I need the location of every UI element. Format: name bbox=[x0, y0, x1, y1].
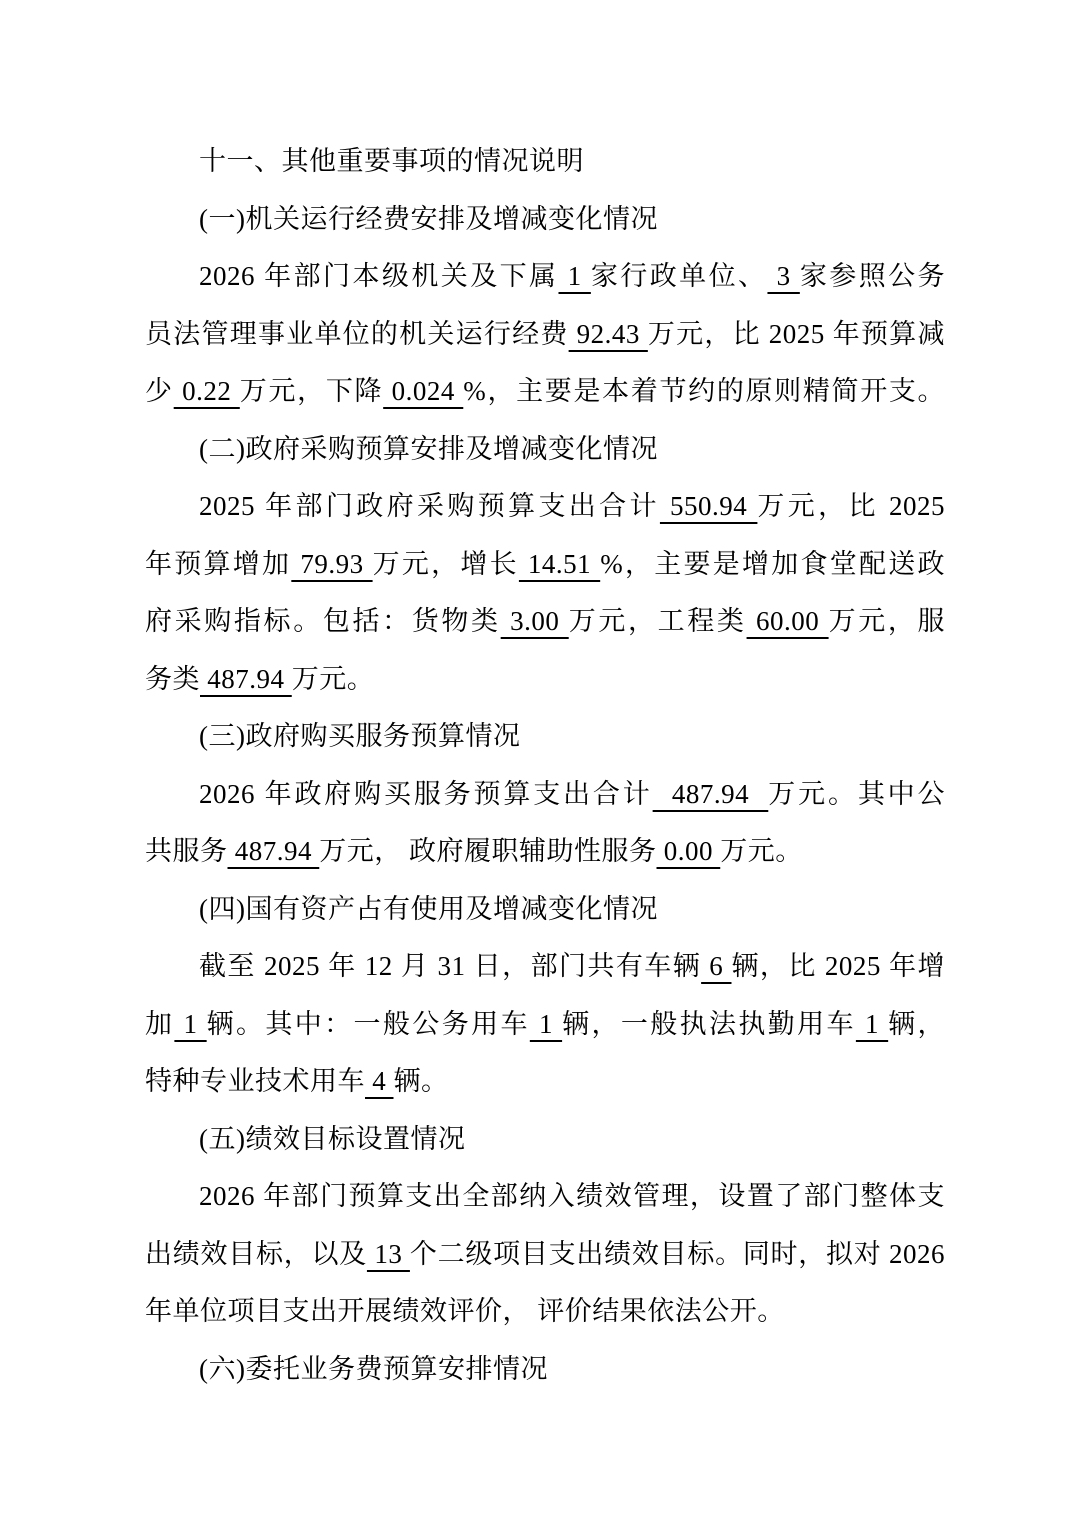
text-run: (四)国有资产占有使用及增减变化情况 bbox=[199, 894, 658, 924]
section-heading-line: (一)机关运行经费安排及增减变化情况 bbox=[145, 191, 945, 249]
text-run: 年预算增加 bbox=[145, 549, 291, 579]
section-heading-line: (二)政府采购预算安排及增减变化情况 bbox=[145, 421, 945, 479]
paragraph-line: 年单位项目支出开展绩效评价， 评价结果依法公开。 bbox=[145, 1283, 945, 1341]
text-run: 万元，比 2025 年预算减 bbox=[648, 319, 945, 349]
text-run: 辆。 bbox=[394, 1066, 449, 1096]
paragraph-line: 2026 年部门本级机关及下属 1 家行政单位、 3 家参照公务 bbox=[145, 248, 945, 306]
text-run: 少 bbox=[145, 376, 174, 406]
paragraph-line: 务类 487.94 万元。 bbox=[145, 651, 945, 709]
paragraph-line: 2025 年部门政府采购预算支出合计 550.94 万元，比 2025 bbox=[145, 478, 945, 536]
text-run: (三)政府购买服务预算情况 bbox=[199, 721, 520, 751]
underlined-value: 13 bbox=[367, 1239, 410, 1269]
text-run: 万元，下降 bbox=[240, 376, 383, 406]
text-run: 出绩效目标，以及 bbox=[145, 1239, 367, 1269]
underlined-value: 1 bbox=[558, 261, 590, 291]
underlined-value: 3 bbox=[767, 261, 799, 291]
paragraph-line: 2026 年政府购买服务预算支出合计 487.94 万元。其中公 bbox=[145, 766, 945, 824]
text-run: 万元，工程类 bbox=[569, 606, 747, 636]
section-heading-line: (五)绩效目标设置情况 bbox=[145, 1111, 945, 1169]
text-run: (五)绩效目标设置情况 bbox=[199, 1124, 465, 1154]
section-heading-line: 十一、其他重要事项的情况说明 bbox=[145, 133, 945, 191]
text-run: %，主要是增加食堂配送政 bbox=[600, 549, 945, 579]
section-heading-line: (六)委托业务费预算安排情况 bbox=[145, 1341, 945, 1399]
paragraph-line: 年预算增加 79.93 万元，增长 14.51 %，主要是增加食堂配送政 bbox=[145, 536, 945, 594]
text-run: 府采购指标。包括：货物类 bbox=[145, 606, 501, 636]
text-run: 万元， 政府履职辅助性服务 bbox=[319, 836, 656, 866]
text-run: 辆，比 2025 年增 bbox=[731, 951, 945, 981]
text-run: (一)机关运行经费安排及增减变化情况 bbox=[199, 204, 658, 234]
text-run: 年单位项目支出开展绩效评价， 评价结果依法公开。 bbox=[145, 1296, 785, 1326]
text-run: 万元，增长 bbox=[373, 549, 519, 579]
underlined-value: 92.43 bbox=[569, 319, 648, 349]
paragraph-line: 加 1 辆。其中：一般公务用车 1 辆，一般执法执勤用车 1 辆， bbox=[145, 996, 945, 1054]
text-run: 万元，比 2025 bbox=[757, 491, 945, 521]
underlined-value: 6 bbox=[701, 951, 731, 981]
text-run: 员法管理事业单位的机关运行经费 bbox=[145, 319, 569, 349]
text-run: 万元。 bbox=[292, 664, 375, 694]
underlined-value: 0.024 bbox=[383, 376, 463, 406]
text-block: 十一、其他重要事项的情况说明(一)机关运行经费安排及增减变化情况2026 年部门… bbox=[145, 133, 945, 1398]
underlined-value: 79.93 bbox=[291, 549, 372, 579]
underlined-value: 4 bbox=[365, 1066, 394, 1096]
text-run: (二)政府采购预算安排及增减变化情况 bbox=[199, 434, 658, 464]
text-run: 十一、其他重要事项的情况说明 bbox=[199, 146, 584, 176]
text-run: 万元。 bbox=[720, 836, 803, 866]
text-run: 家参照公务 bbox=[800, 261, 945, 291]
underlined-value: 487.94 bbox=[200, 664, 292, 694]
underlined-value: 3.00 bbox=[501, 606, 569, 636]
text-run: 加 bbox=[145, 1009, 174, 1039]
text-run: 2025 年部门政府采购预算支出合计 bbox=[199, 491, 660, 521]
text-run: 辆。其中：一般公务用车 bbox=[207, 1009, 530, 1039]
text-run: %，主要是本着节约的原则精简开支。 bbox=[463, 376, 945, 406]
text-run: 2026 年部门本级机关及下属 bbox=[199, 261, 558, 291]
text-run: 截至 2025 年 12 月 31 日，部门共有车辆 bbox=[199, 951, 701, 981]
paragraph-line: 共服务 487.94 万元， 政府履职辅助性服务 0.00 万元。 bbox=[145, 823, 945, 881]
text-run: 务类 bbox=[145, 664, 200, 694]
paragraph-line: 少 0.22 万元，下降 0.024 %，主要是本着节约的原则精简开支。 bbox=[145, 363, 945, 421]
text-run: 辆， bbox=[888, 1009, 945, 1039]
text-run: 特种专业技术用车 bbox=[145, 1066, 365, 1096]
underlined-value: 60.00 bbox=[747, 606, 829, 636]
underlined-value: 487.94 bbox=[653, 779, 769, 809]
text-run: 个二级项目支出绩效目标。同时，拟对 2026 bbox=[410, 1239, 945, 1269]
paragraph-line: 出绩效目标，以及 13 个二级项目支出绩效目标。同时，拟对 2026 bbox=[145, 1226, 945, 1284]
text-run: 辆，一般执法执勤用车 bbox=[562, 1009, 856, 1039]
underlined-value: 550.94 bbox=[660, 491, 758, 521]
underlined-value: 14.51 bbox=[519, 549, 600, 579]
paragraph-line: 截至 2025 年 12 月 31 日，部门共有车辆 6 辆，比 2025 年增 bbox=[145, 938, 945, 996]
underlined-value: 1 bbox=[174, 1009, 206, 1039]
text-run: (六)委托业务费预算安排情况 bbox=[199, 1354, 548, 1384]
text-run: 共服务 bbox=[145, 836, 228, 866]
underlined-value: 1 bbox=[856, 1009, 888, 1039]
text-run: 2026 年部门预算支出全部纳入绩效管理，设置了部门整体支 bbox=[199, 1181, 945, 1211]
underlined-value: 487.94 bbox=[228, 836, 320, 866]
underlined-value: 0.22 bbox=[174, 376, 240, 406]
section-heading-line: (三)政府购买服务预算情况 bbox=[145, 708, 945, 766]
paragraph-line: 特种专业技术用车 4 辆。 bbox=[145, 1053, 945, 1111]
paragraph-line: 员法管理事业单位的机关运行经费 92.43 万元，比 2025 年预算减 bbox=[145, 306, 945, 364]
paragraph-line: 府采购指标。包括：货物类 3.00 万元，工程类 60.00 万元，服 bbox=[145, 593, 945, 651]
underlined-value: 1 bbox=[530, 1009, 562, 1039]
paragraph-line: 2026 年部门预算支出全部纳入绩效管理，设置了部门整体支 bbox=[145, 1168, 945, 1226]
text-run: 万元。其中公 bbox=[768, 779, 945, 809]
text-run: 家行政单位、 bbox=[591, 261, 768, 291]
document-body: { "page": { "background": "#ffffff", "te… bbox=[0, 0, 1074, 1520]
text-run: 万元，服 bbox=[829, 606, 945, 636]
section-heading-line: (四)国有资产占有使用及增减变化情况 bbox=[145, 881, 945, 939]
underlined-value: 0.00 bbox=[657, 836, 721, 866]
text-run: 2026 年政府购买服务预算支出合计 bbox=[199, 779, 653, 809]
document-page: 十一、其他重要事项的情况说明(一)机关运行经费安排及增减变化情况2026 年部门… bbox=[0, 0, 1074, 1520]
